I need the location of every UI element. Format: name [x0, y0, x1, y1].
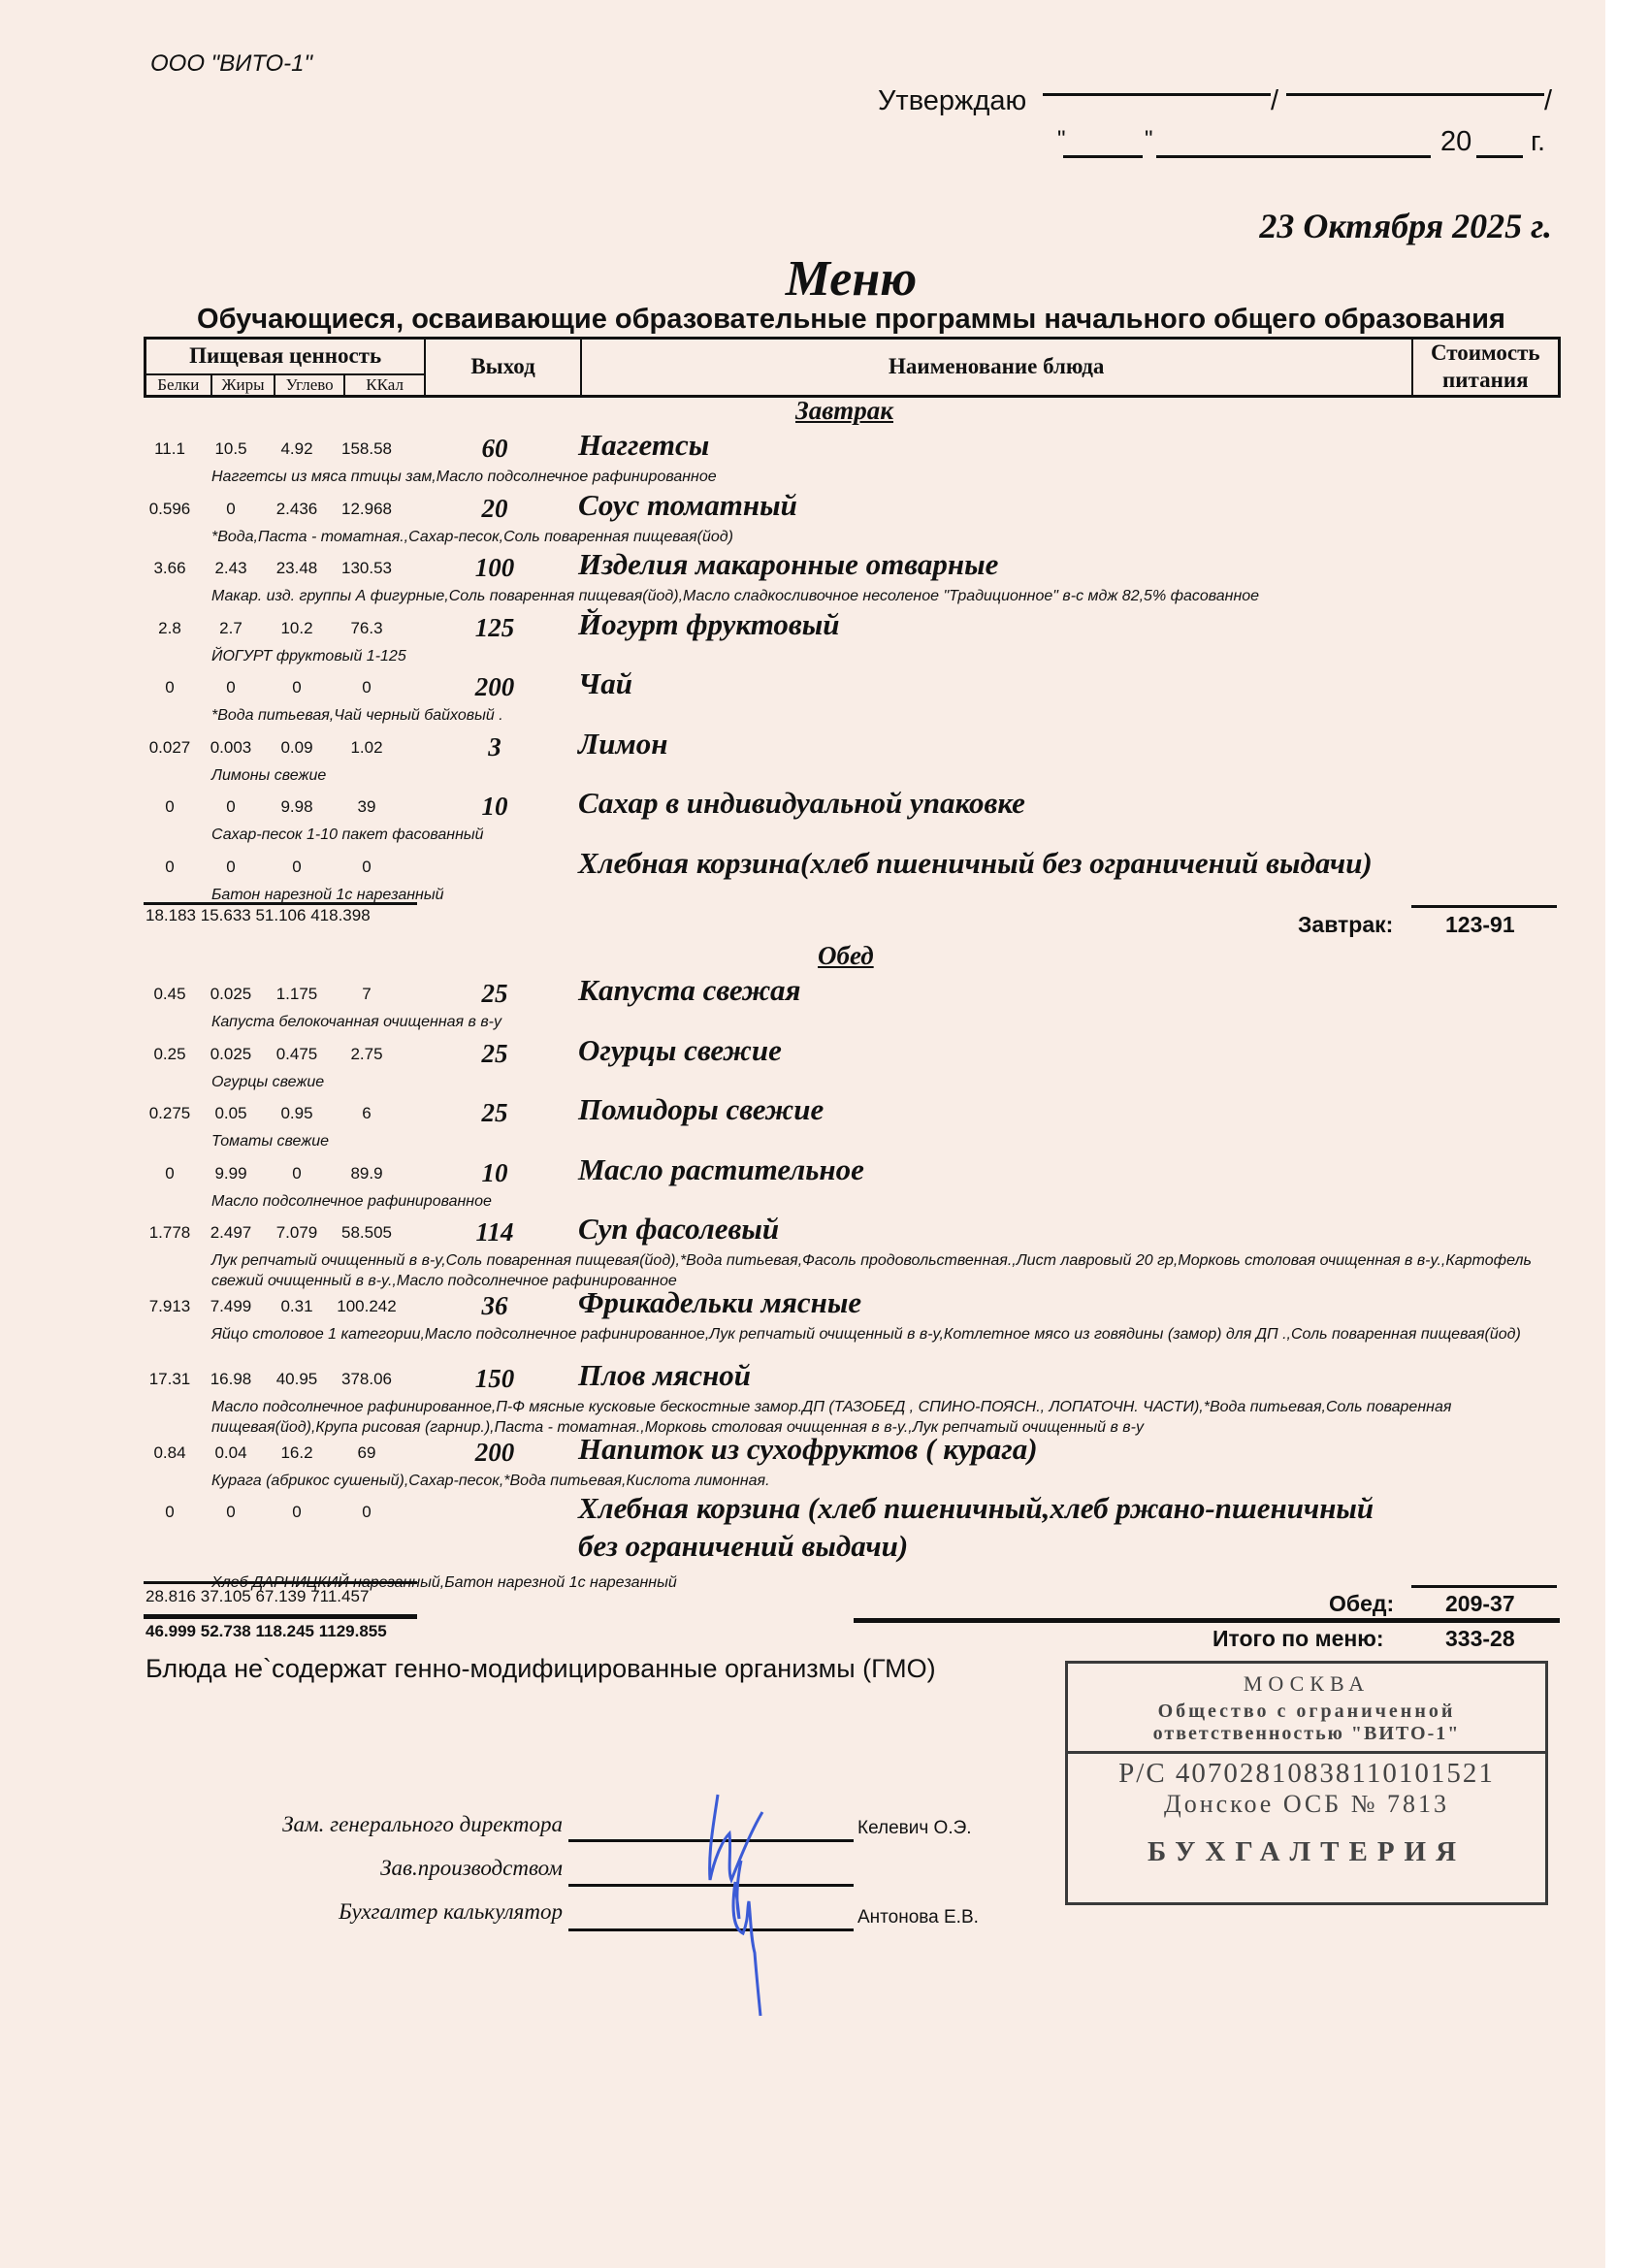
lunch-total-carbs: 67.139 — [255, 1587, 306, 1605]
item-fat: 2.497 — [197, 1223, 265, 1243]
item-yield: 125 — [446, 613, 543, 643]
dish-name-header: Наименование блюда — [581, 339, 1412, 397]
item-ingredients: Лимоны свежие — [211, 765, 1560, 786]
item-ingredients: *Вода питьевая,Чай черный байховый . — [211, 705, 1560, 726]
item-fat: 0.025 — [197, 985, 265, 1004]
item-protein: 0 — [136, 1503, 204, 1522]
item-yield: 20 — [446, 494, 543, 524]
item-protein: 1.778 — [136, 1223, 204, 1243]
kcal-header: ККал — [344, 374, 425, 397]
item-ingredients: Сахар-песок 1-10 пакет фасованный — [211, 825, 1560, 845]
item-carbs: 0.475 — [263, 1045, 331, 1064]
item-fat: 0.003 — [197, 738, 265, 758]
cost-header-line1: Стоимость — [1413, 340, 1558, 367]
item-fat: 0 — [197, 797, 265, 817]
item-carbs: 10.2 — [263, 619, 331, 638]
item-kcal: 0 — [333, 678, 401, 697]
item-kcal: 39 — [333, 797, 401, 817]
item-carbs: 0 — [263, 1503, 331, 1522]
grand-total-fat: 52.738 — [201, 1622, 251, 1640]
breakfast-cost-label: Завтрак: — [1298, 912, 1393, 938]
item-fat: 0.025 — [197, 1045, 265, 1064]
grand-total-label: Итого по меню: — [1212, 1626, 1384, 1652]
signature-role-2: Зав.производством — [242, 1856, 563, 1881]
item-carbs: 0.09 — [263, 738, 331, 758]
item-ingredients: Огурцы свежие — [211, 1072, 1560, 1092]
approve-slash-1: / — [1271, 85, 1278, 117]
lunch-totals: 28.816 37.105 67.139 711.457 — [145, 1587, 369, 1606]
item-ingredients: Наггетсы из мяса птицы зам,Масло подсолн… — [211, 467, 1560, 487]
lunch-cost-line — [1411, 1585, 1557, 1588]
item-protein: 0 — [136, 797, 204, 817]
item-yield: 10 — [446, 792, 543, 822]
item-protein: 2.8 — [136, 619, 204, 638]
item-dish-name: Йогурт фруктовый — [578, 607, 840, 642]
breakfast-total-kcal: 418.398 — [310, 906, 370, 924]
item-ingredients: Курага (абрикос сушеный),Сахар-песок,*Во… — [211, 1471, 1560, 1491]
gmo-note: Блюда не`содержат генно-модифицированные… — [145, 1654, 936, 1684]
item-carbs: 9.98 — [263, 797, 331, 817]
item-kcal: 76.3 — [333, 619, 401, 638]
stamp-line2: ответственностью "ВИТО-1" — [1068, 1723, 1545, 1745]
item-yield: 60 — [446, 434, 543, 464]
lunch-total-protein: 28.816 — [145, 1587, 196, 1605]
year-prefix: 20 — [1440, 126, 1471, 158]
item-kcal: 0 — [333, 1503, 401, 1522]
item-fat: 0.04 — [197, 1443, 265, 1463]
item-kcal: 1.02 — [333, 738, 401, 758]
approve-name-line — [1286, 93, 1544, 96]
item-fat: 0 — [197, 1503, 265, 1522]
protein-header: Белки — [145, 374, 211, 397]
grand-total-carbs: 118.245 — [255, 1622, 314, 1640]
item-ingredients: Масло подсолнечное рафинированное — [211, 1191, 1560, 1212]
organization-name: ООО "ВИТО-1" — [150, 50, 312, 78]
item-yield: 200 — [446, 672, 543, 702]
item-dish-name: Соус томатный — [578, 488, 797, 523]
item-kcal: 130.53 — [333, 559, 401, 578]
breakfast-totals: 18.183 15.633 51.106 418.398 — [145, 906, 371, 925]
item-carbs: 23.48 — [263, 559, 331, 578]
lunch-totals-line — [144, 1581, 417, 1584]
item-carbs: 2.436 — [263, 500, 331, 519]
grand-total-rule — [854, 1618, 1560, 1623]
stamp-bank: Донское ОСБ № 7813 — [1068, 1790, 1545, 1819]
item-protein: 0.84 — [136, 1443, 204, 1463]
carbs-header: Углево — [275, 374, 344, 397]
item-fat: 0 — [197, 858, 265, 877]
page-title: Меню — [0, 250, 1649, 308]
lunch-section-title: Обед — [818, 941, 874, 971]
stamp-divider — [1065, 1751, 1548, 1754]
item-kcal: 100.242 — [333, 1297, 401, 1316]
item-dish-name: Хлебная корзина(хлеб пшеничный без огран… — [578, 846, 1373, 881]
item-protein: 17.31 — [136, 1370, 204, 1389]
item-carbs: 1.175 — [263, 985, 331, 1004]
item-protein: 0.275 — [136, 1104, 204, 1123]
grand-total-value: 333-28 — [1445, 1626, 1515, 1652]
item-fat: 0.05 — [197, 1104, 265, 1123]
item-fat: 10.5 — [197, 439, 265, 459]
stamp-department: БУХГАЛТЕРИЯ — [1068, 1836, 1545, 1868]
item-dish-name: Напиток из сухофруктов ( курага) — [578, 1432, 1038, 1467]
item-carbs: 0 — [263, 858, 331, 877]
lunch-cost-label: Обед: — [1329, 1591, 1394, 1617]
item-protein: 0 — [136, 1164, 204, 1183]
approve-slash-2: / — [1544, 85, 1552, 117]
item-dish-name: Хлебная корзина (хлеб пшеничный,хлеб ржа… — [578, 1491, 1374, 1526]
item-carbs: 0.31 — [263, 1297, 331, 1316]
year-suffix: г. — [1531, 126, 1545, 158]
breakfast-total-fat: 15.633 — [201, 906, 251, 924]
grand-totals: 46.999 52.738 118.245 1129.855 — [145, 1622, 387, 1641]
item-dish-name: Огурцы свежие — [578, 1033, 782, 1068]
menu-table-header: Пищевая ценность Выход Наименование блюд… — [144, 337, 1561, 398]
item-kcal: 6 — [333, 1104, 401, 1123]
lunch-total-fat: 37.105 — [201, 1587, 251, 1605]
item-yield: 150 — [446, 1364, 543, 1394]
yield-header: Выход — [425, 339, 581, 397]
item-fat: 2.43 — [197, 559, 265, 578]
item-protein: 0 — [136, 858, 204, 877]
item-kcal: 2.75 — [333, 1045, 401, 1064]
item-yield: 100 — [446, 553, 543, 583]
stamp-account: Р/С 40702810838110101521 — [1068, 1758, 1545, 1790]
item-kcal: 378.06 — [333, 1370, 401, 1389]
item-carbs: 40.95 — [263, 1370, 331, 1389]
item-carbs: 7.079 — [263, 1223, 331, 1243]
item-ingredients: Капуста белокочанная очищенная в в-у — [211, 1012, 1560, 1032]
item-kcal: 12.968 — [333, 500, 401, 519]
year-line — [1476, 155, 1523, 158]
signature-role-3: Бухгалтер калькулятор — [242, 1899, 563, 1925]
item-protein: 0.027 — [136, 738, 204, 758]
item-protein: 0.596 — [136, 500, 204, 519]
breakfast-cost-line — [1411, 905, 1557, 908]
item-kcal: 7 — [333, 985, 401, 1004]
lunch-total-kcal: 711.457 — [310, 1587, 369, 1605]
item-yield: 25 — [446, 1098, 543, 1128]
item-kcal: 69 — [333, 1443, 401, 1463]
breakfast-section-title: Завтрак — [795, 396, 893, 426]
item-protein: 7.913 — [136, 1297, 204, 1316]
approve-label: Утверждаю — [878, 85, 1026, 117]
signature-name-3: Антонова Е.В. — [857, 1907, 979, 1928]
grand-total-protein: 46.999 — [145, 1622, 196, 1640]
handwritten-signature-icon — [679, 1773, 795, 2025]
item-ingredients: Лук репчатый очищенный в в-у,Соль поваре… — [211, 1250, 1560, 1291]
item-dish-name: Чай — [578, 666, 632, 701]
breakfast-cost-value: 123-91 — [1445, 912, 1515, 938]
nutrition-header: Пищевая ценность — [145, 339, 426, 374]
menu-date: 23 Октября 2025 г. — [1259, 206, 1552, 246]
item-ingredients: Томаты свежие — [211, 1131, 1560, 1151]
page-subtitle: Обучающиеся, осваивающие образовательные… — [0, 304, 1649, 336]
item-protein: 0 — [136, 678, 204, 697]
item-protein: 0.45 — [136, 985, 204, 1004]
item-yield: 10 — [446, 1158, 543, 1188]
item-ingredients: Яйцо столовое 1 категории,Масло подсолне… — [211, 1324, 1560, 1345]
approve-signature-line — [1043, 93, 1271, 96]
item-protein: 11.1 — [136, 439, 204, 459]
item-protein: 0.25 — [136, 1045, 204, 1064]
item-kcal: 158.58 — [333, 439, 401, 459]
breakfast-total-carbs: 51.106 — [255, 906, 306, 924]
item-dish-name: Сахар в индивидуальной упаковке — [578, 786, 1025, 821]
item-dish-name: Изделия макаронные отварные — [578, 547, 998, 582]
signature-role-1: Зам. генерального директора — [242, 1812, 563, 1837]
item-carbs: 0.95 — [263, 1104, 331, 1123]
item-ingredients: ЙОГУРТ фруктовый 1-125 — [211, 646, 1560, 666]
item-kcal: 58.505 — [333, 1223, 401, 1243]
item-dish-name: Помидоры свежие — [578, 1092, 824, 1127]
item-yield: 200 — [446, 1438, 543, 1468]
grand-total-kcal: 1129.855 — [319, 1622, 387, 1640]
item-dish-name-cont: без ограничений выдачи) — [578, 1529, 908, 1564]
signature-name-1: Келевич О.Э. — [857, 1818, 972, 1839]
item-dish-name: Плов мясной — [578, 1358, 751, 1393]
item-carbs: 0 — [263, 678, 331, 697]
cost-header-line2: питания — [1413, 367, 1558, 394]
item-dish-name: Масло растительное — [578, 1152, 864, 1187]
grand-totals-line — [144, 1614, 417, 1619]
item-carbs: 16.2 — [263, 1443, 331, 1463]
breakfast-totals-line — [144, 902, 417, 905]
item-carbs: 0 — [263, 1164, 331, 1183]
fat-header: Жиры — [211, 374, 275, 397]
item-dish-name: Суп фасолевый — [578, 1212, 779, 1247]
item-yield: 36 — [446, 1291, 543, 1321]
breakfast-total-protein: 18.183 — [145, 906, 196, 924]
item-fat: 16.98 — [197, 1370, 265, 1389]
item-dish-name: Лимон — [578, 727, 667, 761]
quote-close: " — [1145, 126, 1153, 153]
item-protein: 3.66 — [136, 559, 204, 578]
item-fat: 2.7 — [197, 619, 265, 638]
item-dish-name: Наггетсы — [578, 428, 709, 463]
item-kcal: 89.9 — [333, 1164, 401, 1183]
item-ingredients: *Вода,Паста - томатная.,Сахар-песок,Соль… — [211, 527, 1560, 547]
item-carbs: 4.92 — [263, 439, 331, 459]
item-fat: 0 — [197, 500, 265, 519]
item-yield: 25 — [446, 979, 543, 1009]
item-fat: 9.99 — [197, 1164, 265, 1183]
item-yield: 25 — [446, 1039, 543, 1069]
lunch-cost-value: 209-37 — [1445, 1591, 1515, 1617]
cost-header: Стоимость питания — [1412, 339, 1560, 397]
item-fat: 7.499 — [197, 1297, 265, 1316]
company-stamp: МОСКВА Общество с ограниченной ответстве… — [1065, 1661, 1548, 1905]
item-fat: 0 — [197, 678, 265, 697]
item-dish-name: Фрикадельки мясные — [578, 1285, 861, 1320]
month-line — [1156, 155, 1431, 158]
item-dish-name: Капуста свежая — [578, 973, 800, 1008]
item-kcal: 0 — [333, 858, 401, 877]
day-line — [1063, 155, 1143, 158]
item-yield: 114 — [446, 1217, 543, 1247]
stamp-city: МОСКВА — [1068, 1671, 1545, 1697]
stamp-line1: Общество с ограниченной — [1068, 1701, 1545, 1723]
quote-open: " — [1057, 126, 1066, 153]
item-ingredients: Макар. изд. группы А фигурные,Соль повар… — [211, 586, 1560, 606]
item-yield: 3 — [446, 732, 543, 762]
